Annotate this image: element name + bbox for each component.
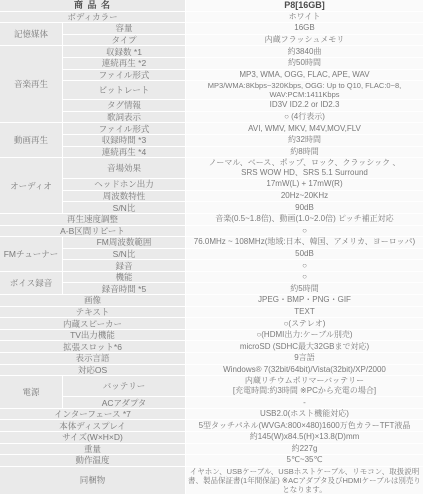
spec-value: Windows® 7(32bit/64bit)/Vista(32bit)/XP/…	[186, 365, 423, 376]
spec-value: ノーマル、ベース、ポップ、ロック、クラッシック 、SRS WOW HD、SRS …	[186, 158, 423, 178]
spec-value: 約227g	[186, 444, 423, 455]
spec-value: 約5時間	[186, 283, 423, 294]
spec-label: ボディカラー	[0, 12, 185, 23]
spec-label: 音場効果	[63, 158, 185, 178]
spec-value: 50dB	[186, 249, 423, 260]
spec-value: MP3/WMA:8Kbps~320Kbps, OGG: Up to Q10, F…	[186, 81, 423, 99]
spec-label: 収録時間 *3	[63, 135, 185, 146]
spec-label: 収録数 *1	[63, 46, 185, 57]
spec-value: ID3V ID2.2 or ID2.3	[186, 100, 423, 111]
spec-label: 表示言語	[0, 353, 185, 364]
spec-value: ○(ステレオ)	[186, 318, 423, 329]
spec-label: 連続再生 *4	[63, 147, 185, 158]
spec-value: -	[186, 397, 423, 408]
spec-label: タグ情報	[63, 100, 185, 111]
spec-value: 約32時間	[186, 135, 423, 146]
spec-value: 5℃~35℃	[186, 455, 423, 466]
spec-label: 同梱物	[0, 467, 185, 494]
spec-value: ○	[186, 260, 423, 271]
spec-value: ホワイト	[186, 12, 423, 23]
spec-value-line: ノーマル、ベース、ポップ、ロック、クラッシック 、	[209, 158, 401, 168]
spec-value: 9言語	[186, 353, 423, 364]
spec-value: ○	[186, 272, 423, 283]
spec-label: テキスト	[0, 307, 185, 318]
group-label: オーディオ	[0, 158, 62, 213]
spec-value-line: 内蔵リチウムポリマーバッテリー	[245, 376, 364, 386]
spec-label: A-B区間リピート	[0, 226, 185, 237]
spec-value: 90dB	[186, 202, 423, 213]
spec-value: AVI, WMV, MKV, M4V,MOV,FLV	[186, 123, 423, 134]
spec-label: FM周波数範囲	[63, 237, 185, 248]
spec-value: JPEG・BMP・PNG・GIF	[186, 295, 423, 306]
spec-label: 対応OS	[0, 365, 185, 376]
spec-label: 重量	[0, 444, 185, 455]
group-label: 音楽再生	[0, 46, 62, 122]
spec-value: 内蔵フラッシュメモリ	[186, 35, 423, 46]
spec-label: インターフェース *7	[0, 409, 185, 420]
spec-value: 音楽(0.5~1.8倍)、動画(1.0~2.0倍) ピッチ補正対応	[186, 214, 423, 225]
spec-label: 拡張スロット*6	[0, 341, 185, 352]
spec-value: ○(HDMI出力:ケーブル別売)	[186, 330, 423, 341]
spec-label: 内蔵スピーカー	[0, 318, 185, 329]
spec-value-line: [充電時間:約3時間 ※PCから充電の場合]	[233, 386, 376, 396]
spec-table: 商 品 名P8[16GB]ボディカラーホワイト記憶媒体容量16GBタイプ内蔵フラ…	[0, 0, 423, 494]
spec-label: 機能	[63, 272, 185, 283]
spec-value: 17mW(L) + 17mW(R)	[186, 179, 423, 190]
spec-value: microSD (SDHC最大32GBまで対応)	[186, 341, 423, 352]
spec-label: ACアダプタ	[63, 397, 185, 408]
spec-label: 再生速度調整	[0, 214, 185, 225]
spec-label: S/N比	[63, 249, 185, 260]
spec-value: MP3, WMA, OGG, FLAC, APE, WAV	[186, 70, 423, 81]
group-label: FMチューナー	[0, 237, 62, 271]
spec-label: 録音時間 *5	[63, 283, 185, 294]
spec-value: 約50時間	[186, 58, 423, 69]
spec-value-line: SRS WOW HD、SRS 5.1 Surround	[241, 168, 368, 178]
group-label: 電源	[0, 376, 62, 408]
group-label: ボイス録音	[0, 272, 62, 294]
spec-label: TV出力機能	[0, 330, 185, 341]
spec-label: 画像	[0, 295, 185, 306]
spec-label: 動作温度	[0, 455, 185, 466]
spec-label: 連続再生 *2	[63, 58, 185, 69]
spec-value: 5型タッチパネル(WVGA:800×480)1600万色カラーTFT液晶	[186, 420, 423, 431]
spec-label: ファイル形式	[63, 70, 185, 81]
spec-value: 内蔵リチウムポリマーバッテリー[充電時間:約3時間 ※PCから充電の場合]	[186, 376, 423, 396]
product-name-label: 商 品 名	[0, 0, 185, 11]
spec-label: 録音	[63, 260, 185, 271]
spec-value: ○	[186, 226, 423, 237]
spec-label: 歌詞表示	[63, 112, 185, 123]
spec-label: バッテリー	[63, 376, 185, 396]
spec-value: 約8時間	[186, 147, 423, 158]
spec-label: S/N比	[63, 202, 185, 213]
spec-label: ビットレート	[63, 81, 185, 99]
spec-label: 本体ディスプレイ	[0, 420, 185, 431]
spec-value: 76.0MHz ~ 108MHz(地域:日本、韓国、アメリカ、ヨーロッパ)	[186, 237, 423, 248]
spec-value: ○ (4行表示)	[186, 112, 423, 123]
spec-value: P8[16GB]	[186, 0, 423, 11]
spec-value: 約145(W)x84.5(H)×13.8(D)mm	[186, 432, 423, 443]
group-label: 記憶媒体	[0, 23, 62, 45]
spec-value: TEXT	[186, 307, 423, 318]
spec-label: サイズ(W×H×D)	[0, 432, 185, 443]
spec-value: 20Hz~20KHz	[186, 191, 423, 202]
spec-label: 周波数特性	[63, 191, 185, 202]
spec-label: ヘッドホン出力	[63, 179, 185, 190]
spec-label: タイプ	[63, 35, 185, 46]
spec-value: 16GB	[186, 23, 423, 34]
spec-value: USB2.0(ホスト機能対応)	[186, 409, 423, 420]
group-label: 動画再生	[0, 123, 62, 157]
spec-value: イヤホン、USBケーブル、USBホストケーブル、リモコン、取扱説明書、製品保証書…	[186, 467, 423, 494]
spec-label: 容量	[63, 23, 185, 34]
spec-value: 約3840曲	[186, 46, 423, 57]
spec-label: ファイル形式	[63, 123, 185, 134]
